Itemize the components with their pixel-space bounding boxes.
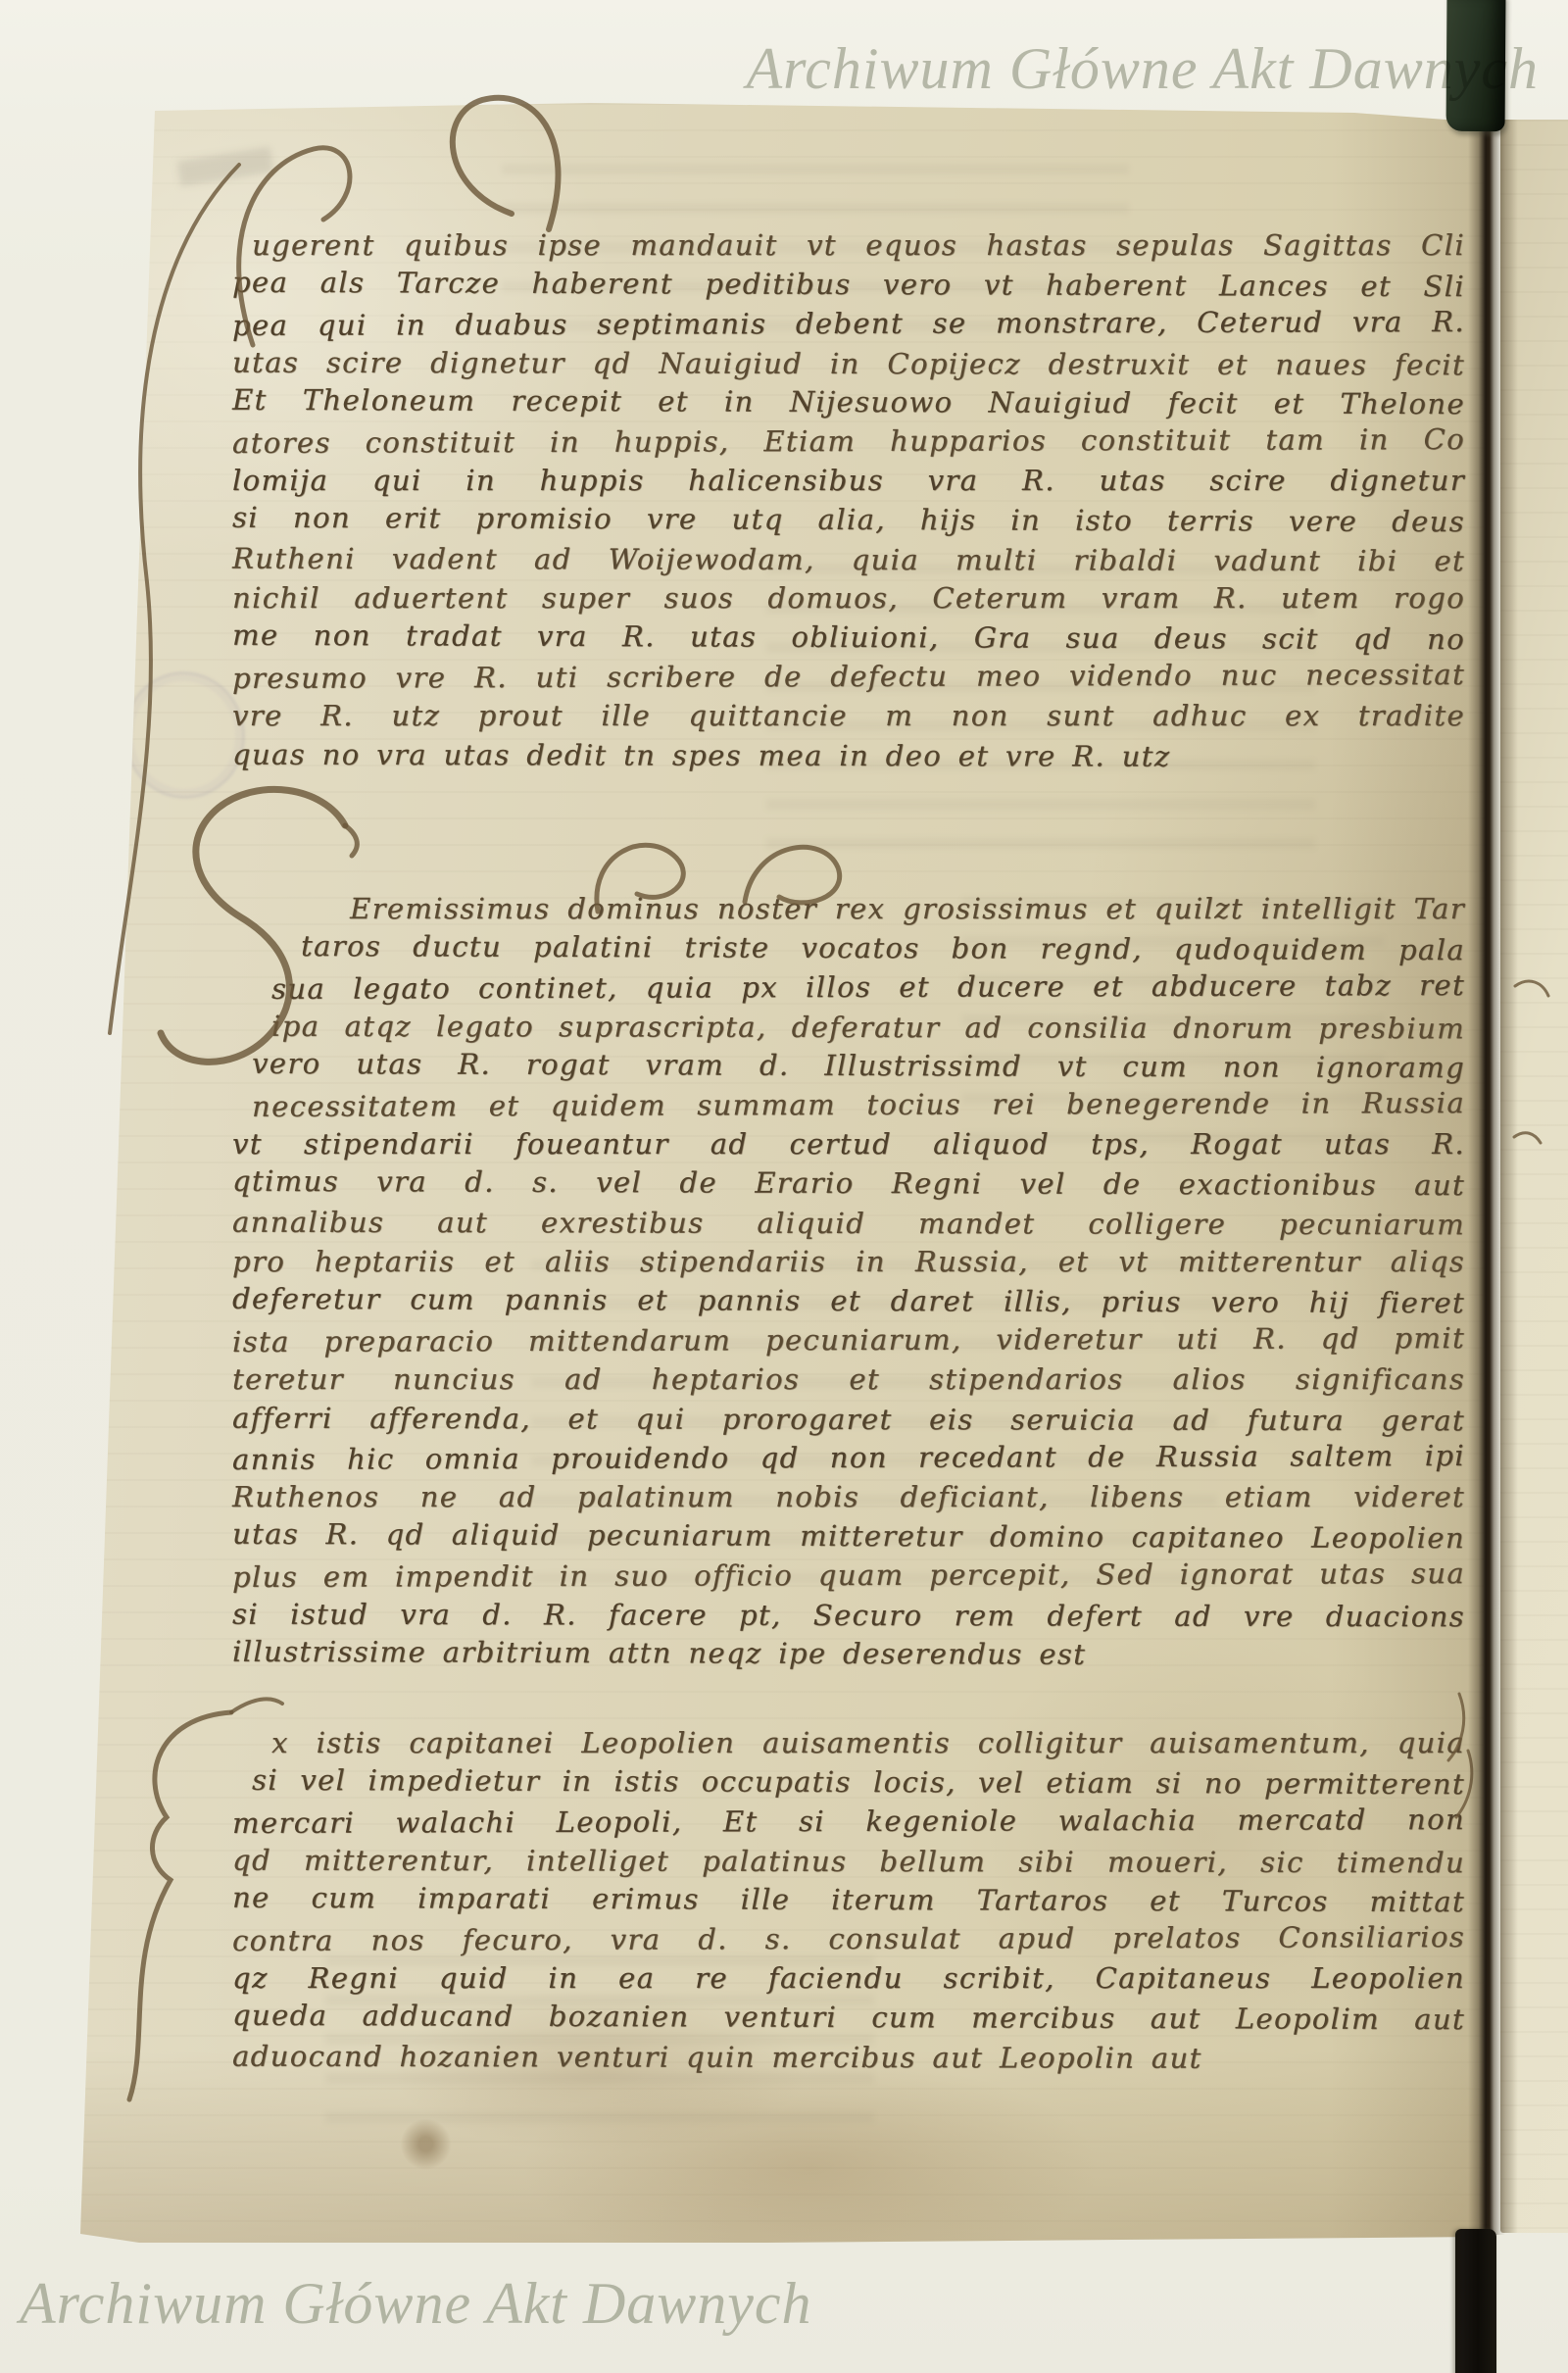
manuscript-line: annalibus aut exrestibus aliquid mandet … [232, 1203, 1465, 1245]
manuscript-line: taros ductu palatini triste vocatos bon … [232, 926, 1465, 969]
manuscript-line: aduocand hozanien venturi quin mercibus … [232, 2037, 1465, 2079]
manuscript-line: Ruthenos ne ad palatinum nobis deficiant… [232, 1477, 1465, 1516]
manuscript-line: ugerent quibus ipse mandauit vt equos ha… [232, 225, 1465, 265]
manuscript-line: qtimus vra d. s. vel de Erario Regni vel… [232, 1162, 1465, 1205]
manuscript-line: si istud vra d. R. facere pt, Securo rem… [232, 1595, 1465, 1637]
bookmark-ribbon-bottom [1455, 2229, 1496, 2373]
manuscript-page: ugerent quibus ipse mandauit vt equos ha… [80, 103, 1485, 2243]
manuscript-line: teretur nuncius ad heptarios et stipenda… [232, 1360, 1465, 1399]
manuscript-line: utas scire dignetur qd Nauigiud in Copij… [232, 343, 1465, 385]
archive-watermark-top: Archiwum Główne Akt Dawnych [746, 35, 1539, 103]
archival-scan: ugerent quibus ipse mandauit vt equos ha… [0, 0, 1568, 2373]
text-block-2: Eremissimus dominus noster rex grosissim… [232, 889, 1465, 1673]
manuscript-line: deferetur cum pannis et pannis et daret … [232, 1279, 1465, 1322]
manuscript-line: Rutheni vadent ad Woijewodam, quia multi… [232, 539, 1465, 581]
manuscript-line: qd mitterentur, intelliget palatinus bel… [232, 1841, 1465, 1883]
manuscript-line: afferri afferenda, et qui prorogaret eis… [232, 1399, 1465, 1441]
manuscript-line: mercari walachi Leopoli, Et si kegeniole… [232, 1800, 1465, 1843]
manuscript-line: si vel impedietur in istis occupatis loc… [232, 1760, 1465, 1804]
manuscript-line: atores constituit in huppis, Etiam huppa… [232, 420, 1465, 463]
manuscript-line: sua legato continet, quia px illos et du… [232, 965, 1465, 1009]
manuscript-line: queda adducand bozanien venturi cum merc… [232, 1996, 1465, 2039]
text-block-1: ugerent quibus ipse mandauit vt equos ha… [232, 225, 1465, 774]
manuscript-line: si non erit promisio vre utq alia, hijs … [232, 498, 1465, 541]
manuscript-line: plus em impendit in suo officio quam per… [232, 1554, 1465, 1597]
binding-gutter-shadow [1468, 106, 1505, 2235]
manuscript-line: me non tradat vra R. utas obliuioni, Gra… [232, 616, 1465, 659]
manuscript-line: qz Regni quid in ea re faciendu scribit,… [232, 1958, 1465, 1998]
manuscript-line: quas no vra utas dedit tn spes mea in de… [232, 735, 1465, 777]
manuscript-line: illustrissime arbitrium attn neqz ipe de… [232, 1632, 1465, 1675]
archive-watermark-bottom: Archiwum Główne Akt Dawnych [20, 2270, 812, 2338]
manuscript-line: Eremissimus dominus noster rex grosissim… [232, 889, 1465, 928]
text-block-3: x istis capitanei Leopolien auisamentis … [232, 1723, 1465, 2076]
manuscript-line: vt stipendarii foueantur ad certud aliqu… [232, 1124, 1465, 1163]
manuscript-line: lomija qui in huppis halicensibus vra R.… [232, 461, 1465, 500]
pencil-smudge [177, 147, 274, 187]
facing-page-edge [1500, 120, 1568, 2233]
manuscript-line: necessitatem et quidem summam tocius rei… [232, 1083, 1465, 1126]
manuscript-line: nichil aduertent super suos domuos, Cete… [232, 578, 1465, 618]
manuscript-line: x istis capitanei Leopolien auisamentis … [232, 1723, 1465, 1762]
manuscript-line: pea als Tarcze haberent peditibus vero v… [232, 263, 1465, 306]
manuscript-line: annis hic omnia prouidendo qd non receda… [232, 1436, 1465, 1479]
manuscript-line: vre R. utz prout ille quittancie m non s… [232, 696, 1465, 735]
manuscript-line: contra nos fecuro, vra d. s. consulat ap… [232, 1917, 1465, 1960]
manuscript-line: Et Theloneum recepit et in Nijesuowo Nau… [232, 380, 1465, 423]
manuscript-line: pea qui in duabus septimanis debent se m… [232, 302, 1465, 345]
manuscript-line: ista preparacio mittendarum pecuniarum, … [232, 1318, 1465, 1361]
manuscript-line: ipa atqz legato suprascripta, deferatur … [232, 1007, 1465, 1049]
manuscript-line: utas R. qd aliquid pecuniarum mitteretur… [232, 1514, 1465, 1557]
manuscript-line: presumo vre R. uti scribere de defectu m… [232, 655, 1465, 698]
manuscript-line: ne cum imparati erimus ille iterum Tarta… [232, 1878, 1465, 1921]
manuscript-line: pro heptariis et aliis stipendariis in R… [232, 1242, 1465, 1281]
manuscript-line: vero utas R. rogat vram d. Illustrissimd… [232, 1044, 1465, 1087]
